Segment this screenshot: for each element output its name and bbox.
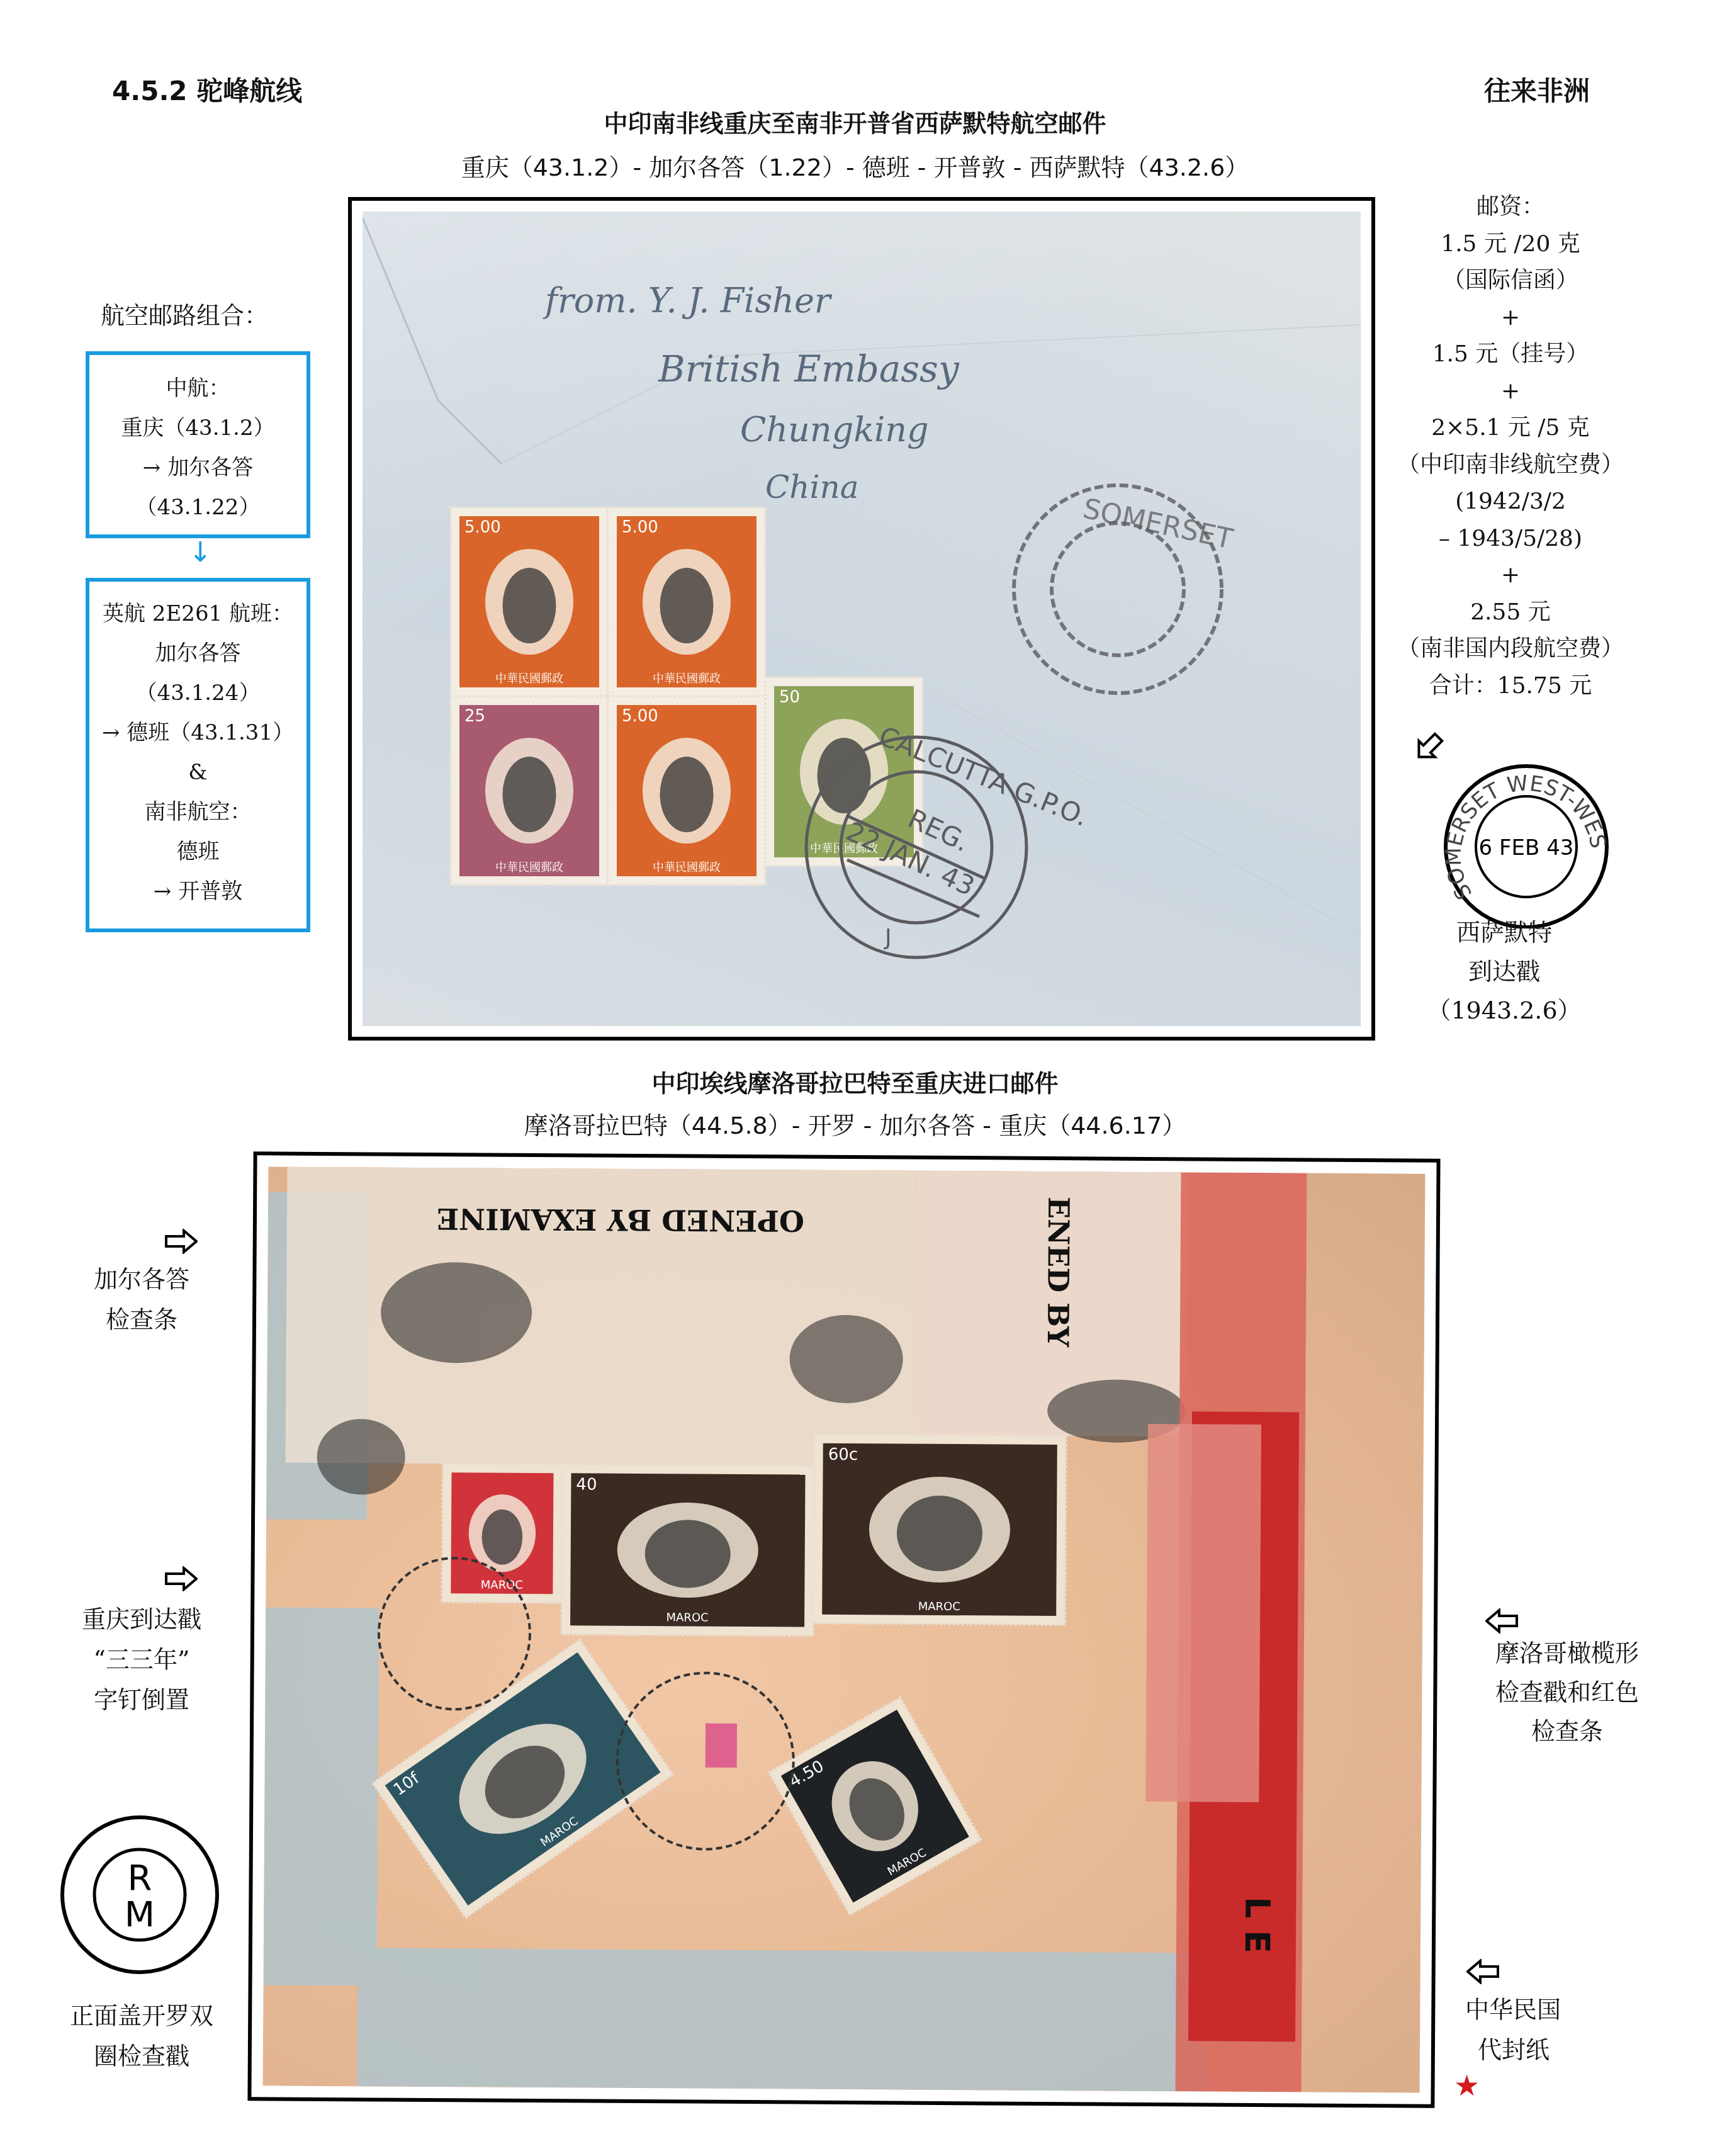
svg-text:中華民國郵政: 中華民國郵政 [495,672,563,686]
postmark-date: 6 FEB 43 [1479,835,1574,861]
postage-stamp: MAROC4.50 [769,1698,981,1915]
svg-text:中華民國郵政: 中華民國郵政 [495,861,563,874]
hollow-arrow-up-left-icon [1411,730,1447,765]
svg-text:5.00: 5.00 [464,518,501,537]
postage-stamp: MAROC60c [813,1435,1066,1625]
postage-line: + [1372,300,1649,337]
note-line: 检查戳和红色 [1473,1673,1662,1712]
somerset-west-postmark-drawing: SOMERSET WEST-WES 6 FEB 43 [1410,727,1611,928]
note-roc-envelope: 中华民国 代封纸 [1465,1989,1591,2070]
svg-text:中華民國郵政: 中華民國郵政 [653,861,721,874]
censor-side-text: ENED BY [1041,1197,1076,1348]
note-line: 正面盖开罗双 [44,1995,239,2036]
note-line: 检查条 [1473,1712,1662,1751]
postage-line: 2×5.1 元 /5 克 [1372,410,1649,447]
postage-stamp: MAROC10f [373,1640,673,1917]
postage-line: （国际信函） [1372,262,1649,300]
cairo-rm-censor-mark-drawing: R M [58,1813,222,1977]
svg-text:50: 50 [779,688,800,707]
postage-stamp: MAROC40 [561,1464,814,1635]
svg-text:MAROC: MAROC [667,1611,709,1624]
handwriting-line: China [765,469,858,505]
rm-letter: M [125,1894,155,1935]
note-cairo-censor: 正面盖开罗双 圈检查戳 [44,1995,239,2076]
postage-line: + [1372,373,1649,410]
note-line: “三三年” [50,1639,233,1679]
route-line: （43.1.24） [89,674,307,713]
hollow-arrow-right-icon [165,1566,198,1591]
note-line: 代封纸 [1465,2029,1591,2070]
postage-line: （中印南非线航空费） [1372,447,1649,484]
route-line: → 德班（43.1.31） [89,713,307,753]
route-line: 南非航空： [89,793,307,832]
note-line: 圈检查戳 [44,2036,239,2076]
postage-stamp: 中華民國郵政5.00 [451,507,608,696]
star-icon: ★ [1454,2069,1480,2102]
cover1-frame: from. Y. J. Fisher British Embassy Chung… [348,197,1375,1041]
route-line: 英航 2E261 航班： [89,594,307,634]
cover1-envelope-drawing: from. Y. J. Fisher British Embassy Chung… [363,212,1361,1026]
route-line: （43.1.22） [89,488,307,528]
cover2-envelope-image: OPENED BY EXAMINE ENED BY L E MAROCMAROC… [263,1166,1426,2092]
svg-text:5.00: 5.00 [622,707,658,726]
note-morocco-censor: 摩洛哥橄榄形 检查戳和红色 检查条 [1473,1634,1662,1751]
hollow-arrow-right-icon [165,1229,198,1254]
cover2-frame: OPENED BY EXAMINE ENED BY L E MAROCMAROC… [247,1151,1440,2108]
down-arrow-icon: ↓ [189,536,212,568]
somerset-postmark-text: SOMERSET [1080,492,1235,555]
route-box-cnac: 中航： 重庆（43.1.2） → 加尔各答 （43.1.22） [86,351,310,538]
postage-stamp: MAROC [442,1464,562,1603]
route-line: & [89,753,307,793]
postage-line: + [1372,557,1649,594]
hollow-arrow-left-icon [1466,1959,1499,1984]
postage-line: 邮资： [1372,189,1649,226]
route-box-boac-saa: 英航 2E261 航班： 加尔各答 （43.1.24） → 德班（43.1.31… [86,578,310,932]
cover2-title: 中印埃线摩洛哥拉巴特至重庆进口邮件 [0,1064,1710,1098]
postage-line: 1.5 元（挂号） [1372,336,1649,373]
note-line: 字钉倒置 [50,1679,233,1720]
cover1-route: 重庆（43.1.2）- 加尔各答（1.22）- 德班 - 开普敦 - 西萨默特（… [0,148,1710,183]
route-line: → 开普敦 [89,872,307,912]
caption-line: 到达戳 [1372,952,1636,991]
cover2-envelope-drawing: OPENED BY EXAMINE ENED BY L E MAROCMAROC… [263,1166,1426,2092]
caption-line: 西萨默特 [1372,913,1636,952]
handwriting-line: from. Y. J. Fisher [543,281,833,320]
route-line: 重庆（43.1.2） [89,409,307,448]
svg-text:60c: 60c [828,1445,858,1464]
postage-line: 1.5 元 /20 克 [1372,226,1649,263]
caption-line: （1943.2.6） [1372,991,1636,1030]
cover1-title: 中印南非线重庆至南非开普省西萨默特航空邮件 [0,104,1710,138]
note-line: 检查条 [63,1299,220,1340]
red-strip-text: L E [1237,1897,1278,1953]
route-line: 中航： [89,369,307,409]
note-line: 中华民国 [1465,1989,1591,2029]
route-line: → 加尔各答 [89,448,307,488]
svg-text:40: 40 [576,1475,597,1494]
postage-stamp: 中華民國郵政5.00 [608,696,765,885]
hollow-arrow-left-icon [1485,1608,1518,1634]
route-combo-heading: 航空邮路组合： [101,296,268,330]
postage-breakdown: 邮资： 1.5 元 /20 克 （国际信函） + 1.5 元（挂号） + 2×5… [1372,189,1649,704]
cover1-envelope-image: from. Y. J. Fisher British Embassy Chung… [363,212,1361,1026]
censor-strip-text: OPENED BY EXAMINE [437,1202,804,1238]
route-line: 德班 [89,832,307,872]
arrival-mark-caption: 西萨默特 到达戳 （1943.2.6） [1372,913,1636,1030]
postage-line: (1942/3/2 [1372,483,1649,521]
postage-stamp: 中華民國郵政5.00 [608,507,765,696]
note-calcutta-censor-strip: 加尔各答 检查条 [63,1259,220,1340]
note-chongqing-arrival: 重庆到达戳 “三三年” 字钉倒置 [50,1599,233,1720]
note-line: 重庆到达戳 [50,1599,233,1639]
handwriting-line: Chungking [740,410,929,449]
handwriting-line: British Embassy [658,347,960,390]
svg-text:25: 25 [464,707,485,726]
note-line: 摩洛哥橄榄形 [1473,1634,1662,1673]
postage-stamp: 中華民國郵政25 [451,696,608,885]
route-line: 加尔各答 [89,634,307,674]
postage-total: 合计：15.75 元 [1372,668,1649,705]
postage-line: – 1943/5/28) [1372,521,1649,558]
svg-text:MAROC: MAROC [918,1600,960,1613]
postage-line: 2.55 元 [1372,594,1649,631]
cover2-route: 摩洛哥拉巴特（44.5.8）- 开罗 - 加尔各答 - 重庆（44.6.17） [0,1106,1710,1141]
note-line: 加尔各答 [63,1259,220,1299]
postage-line: （南非国内段航空费） [1372,631,1649,668]
svg-text:5.00: 5.00 [622,518,658,537]
rm-letter: R [128,1858,152,1899]
svg-text:中華民國郵政: 中華民國郵政 [653,672,721,686]
section-title: 4.5.2 驼峰航线 [112,71,302,108]
region-title: 往来非洲 [1484,71,1590,108]
calcutta-postmark-text: J [884,925,892,951]
